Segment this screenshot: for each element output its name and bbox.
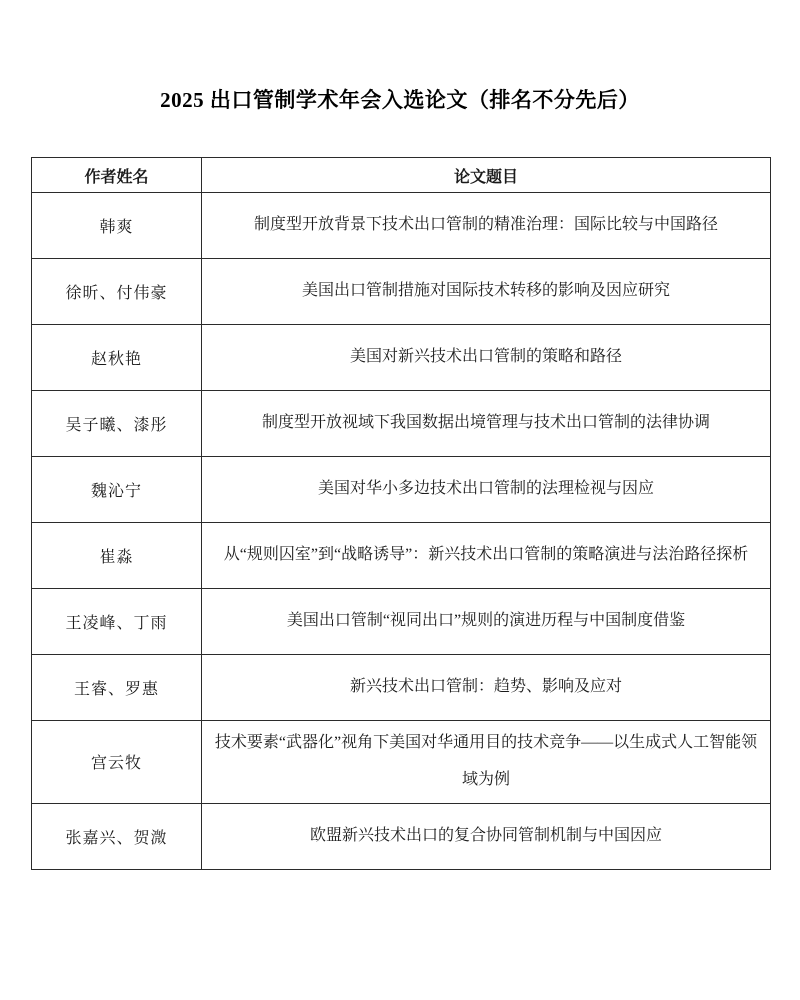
paper-title: 美国对华小多边技术出口管制的法理检视与因应: [202, 457, 771, 523]
paper-title: 欧盟新兴技术出口的复合协同管制机制与中国因应: [202, 803, 771, 869]
title-column-header: 论文题目: [202, 158, 771, 193]
author-name: 崔淼: [32, 523, 202, 589]
table-row: 张嘉兴、贺溦欧盟新兴技术出口的复合协同管制机制与中国因应: [32, 803, 771, 869]
table-row: 宫云牧技术要素“武器化”视角下美国对华通用目的技术竞争——以生成式人工智能领域为…: [32, 721, 771, 804]
table-row: 韩爽制度型开放背景下技术出口管制的精准治理：国际比较与中国路径: [32, 193, 771, 259]
table-row: 王睿、罗惠新兴技术出口管制：趋势、影响及应对: [32, 655, 771, 721]
paper-title: 制度型开放视域下我国数据出境管理与技术出口管制的法律协调: [202, 391, 771, 457]
paper-title: 技术要素“武器化”视角下美国对华通用目的技术竞争——以生成式人工智能领域为例: [202, 721, 771, 804]
paper-title: 美国出口管制“视同出口”规则的演进历程与中国制度借鉴: [202, 589, 771, 655]
table-row: 赵秋艳美国对新兴技术出口管制的策略和路径: [32, 325, 771, 391]
author-name: 王睿、罗惠: [32, 655, 202, 721]
paper-title: 制度型开放背景下技术出口管制的精准治理：国际比较与中国路径: [202, 193, 771, 259]
table-row: 崔淼从“规则囚室”到“战略诱导”：新兴技术出口管制的策略演进与法治路径探析: [32, 523, 771, 589]
paper-title: 美国对新兴技术出口管制的策略和路径: [202, 325, 771, 391]
papers-table: 作者姓名 论文题目 韩爽制度型开放背景下技术出口管制的精准治理：国际比较与中国路…: [31, 157, 771, 870]
paper-title: 新兴技术出口管制：趋势、影响及应对: [202, 655, 771, 721]
table-row: 魏沁宁美国对华小多边技术出口管制的法理检视与因应: [32, 457, 771, 523]
author-name: 吴子曦、漆彤: [32, 391, 202, 457]
author-name: 宫云牧: [32, 721, 202, 804]
document-page: 2025 出口管制学术年会入选论文（排名不分先后） 作者姓名 论文题目 韩爽制度…: [0, 0, 800, 1000]
author-name: 魏沁宁: [32, 457, 202, 523]
table-body: 韩爽制度型开放背景下技术出口管制的精准治理：国际比较与中国路径徐昕、付伟豪美国出…: [32, 193, 771, 870]
author-name: 韩爽: [32, 193, 202, 259]
author-name: 赵秋艳: [32, 325, 202, 391]
page-title: 2025 出口管制学术年会入选论文（排名不分先后）: [0, 0, 800, 113]
paper-title: 从“规则囚室”到“战略诱导”：新兴技术出口管制的策略演进与法治路径探析: [202, 523, 771, 589]
paper-title: 美国出口管制措施对国际技术转移的影响及因应研究: [202, 259, 771, 325]
author-column-header: 作者姓名: [32, 158, 202, 193]
table-row: 王凌峰、丁雨美国出口管制“视同出口”规则的演进历程与中国制度借鉴: [32, 589, 771, 655]
author-name: 王凌峰、丁雨: [32, 589, 202, 655]
header-row: 作者姓名 论文题目: [32, 158, 771, 193]
table-row: 吴子曦、漆彤制度型开放视域下我国数据出境管理与技术出口管制的法律协调: [32, 391, 771, 457]
author-name: 张嘉兴、贺溦: [32, 803, 202, 869]
table-row: 徐昕、付伟豪美国出口管制措施对国际技术转移的影响及因应研究: [32, 259, 771, 325]
table-header: 作者姓名 论文题目: [32, 158, 771, 193]
author-name: 徐昕、付伟豪: [32, 259, 202, 325]
